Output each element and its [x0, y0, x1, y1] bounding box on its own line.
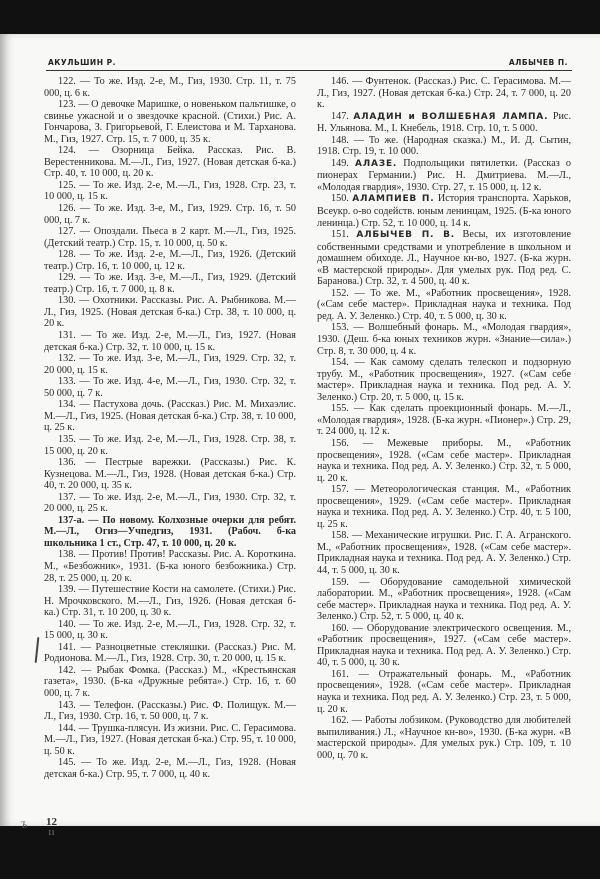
entry-number: 161. — [331, 669, 349, 680]
margin-note: Ъ — [21, 820, 27, 830]
entry-author-heading: АЛАДИН и ВОЛШЕБНАЯ ЛАМПА. — [353, 112, 548, 122]
bibliography-entry: 155. — Как сделать проекционный фонарь. … — [317, 403, 571, 438]
pencil-mark — [35, 637, 40, 663]
bibliography-entry: 136. — Пестрые варежки. (Рассказы.) Рис.… — [44, 457, 296, 492]
bibliography-entry: 152. — То же. М., «Работник просвещения»… — [317, 288, 571, 323]
entry-number: 158. — [331, 530, 349, 541]
bibliography-entry: 159. — Оборудование самодельной химическ… — [317, 577, 571, 623]
bibliography-entry: 144. — Трушка-плясун. Из жизни. Рис. С. … — [44, 723, 296, 758]
bibliography-entry: 140. — То же. Изд. 2-е, М.—Л., Гиз, 1928… — [44, 619, 296, 642]
header-left-author: АКУЛЬШИН Р. — [48, 58, 116, 67]
bibliography-entry: 125. — То же. Изд. 2-е, М.—Л., Гиз, 1928… — [44, 180, 296, 203]
bibliography-entry: 160. — Оборудование электрического освещ… — [317, 623, 571, 669]
entry-text: — Как сделать проекционный фонарь. М.—Л.… — [317, 403, 571, 437]
bibliography-entry: 131. — То же. Изд. 2-е, М.—Л., Гиз, 1927… — [44, 330, 296, 353]
entry-text: — То же. (Народная сказка.) М., И. Д. Сы… — [317, 135, 571, 158]
bibliography-entry: 153. — Волшебный фонарь. М., «Молодая гв… — [317, 322, 571, 357]
entry-number: 154. — [331, 357, 349, 368]
entry-number: 150. — [331, 193, 349, 204]
entry-text: 137-а. — По новому. Колхозные очерки для… — [44, 515, 296, 549]
entry-text: 129. — То же. Изд. 3-е, М.—Л., Гиз, 1929… — [44, 272, 296, 295]
entry-number: 159. — [331, 577, 349, 588]
bibliography-entry: 137. — То же. Изд. 2-е, М.—Л., Гиз, 1930… — [44, 492, 296, 515]
page-number: 12 — [46, 816, 57, 828]
bibliography-entry: 143. — Телефон. (Рассказы.) Рис. Ф. Поли… — [44, 700, 296, 723]
entry-text: 130. — Охотники. Рассказы. Рис. А. Рыбни… — [44, 295, 296, 329]
bibliography-entry: 142. — Рыбак Фомка. (Рассказ.) М., «Крес… — [44, 665, 296, 700]
entry-text: — Оборудование самодельной химической ла… — [317, 577, 571, 623]
entry-text: 140. — То же. Изд. 2-е, М.—Л., Гиз, 1928… — [44, 619, 296, 642]
bibliography-entry: 158. — Механические игрушки. Рис. Г. А. … — [317, 530, 571, 576]
bibliography-entry: 135. — То же. Изд. 2-е, М.—Л., Гиз, 1928… — [44, 434, 296, 457]
entry-text: 137. — То же. Изд. 2-е, М.—Л., Гиз, 1930… — [44, 492, 296, 515]
entry-number: 162. — [331, 715, 349, 726]
bibliography-entry: 128. — То же. Изд. 2-е, М.—Л., Гиз, 1926… — [44, 249, 296, 272]
entry-text: 135. — То же. Изд. 2-е, М.—Л., Гиз, 1928… — [44, 434, 296, 457]
entry-text: — Как самому сделать телескоп и подзорну… — [317, 357, 571, 403]
bibliography-entry: 154. — Как самому сделать телескоп и под… — [317, 357, 571, 403]
bibliography-entry: 146. — Фунтенок. (Рассказ.) Рис. С. Гера… — [317, 76, 571, 111]
bibliography-entry: 122. — То же. Изд. 2-е, М., Гиз, 1930. С… — [44, 76, 296, 99]
entry-text: 139. — Путешествие Кости на самолете. (С… — [44, 584, 296, 618]
entry-number: 151. — [331, 229, 349, 240]
entry-text: 132. — То же. Изд. 3-е, М.—Л., Гиз, 1929… — [44, 353, 296, 376]
entry-number: 146. — [331, 76, 349, 87]
entry-text: 123. — О девочке Маришке, о новеньком па… — [44, 99, 296, 145]
entry-text: — Фунтенок. (Рассказ.) Рис. С. Герасимов… — [317, 76, 571, 110]
bibliography-entry: 161. — Отражательный фонарь. М., «Работн… — [317, 669, 571, 715]
bibliography-entry: 129. — То же. Изд. 3-е, М.—Л., Гиз, 1929… — [44, 272, 296, 295]
entry-text: 138. — Против! Против! Рассказы. Рис. А.… — [44, 549, 296, 583]
bibliography-entry: 127. — Опоздали. Пьеса в 2 карт. М.—Л., … — [44, 226, 296, 249]
entry-author-heading: АЛБЫЧЕВ П. В. — [356, 230, 455, 240]
entry-number: 153. — [331, 322, 349, 333]
bibliography-entry: 156. — Межевые приборы. М., «Работник пр… — [317, 438, 571, 484]
bibliography-entry: 149. АЛАЗЕ. Подпольщики пятилетки. (Расс… — [317, 158, 571, 194]
entry-text: — Метеорологическая станция. М., «Работн… — [317, 484, 571, 530]
bibliography-entry: 151. АЛБЫЧЕВ П. В. Весы, их изготовление… — [317, 229, 571, 288]
entry-number: 157. — [331, 484, 349, 495]
bibliography-entry: 137-а. — По новому. Колхозные очерки для… — [44, 515, 296, 550]
entry-text: — Волшебный фонарь. М., «Молодая гвардия… — [317, 322, 571, 356]
entry-number: 148. — [331, 135, 349, 146]
bibliography-entry: 130. — Охотники. Рассказы. Рис. А. Рыбни… — [44, 295, 296, 330]
entry-text: — Работы лобзиком. (Руководство для люби… — [317, 715, 571, 761]
bibliography-entry: 138. — Против! Против! Рассказы. Рис. А.… — [44, 549, 296, 584]
right-column: 146. — Фунтенок. (Рассказ.) Рис. С. Гера… — [317, 76, 571, 761]
page-number-secondary: 11 — [48, 829, 55, 837]
entry-text: 126. — То же. Изд. 3-е, М., Гиз, 1929. С… — [44, 203, 296, 226]
entry-text: 141. — Разноцветные стекляшки. (Рассказ.… — [44, 642, 296, 665]
bibliography-entry: 150. АЛАМПИЕВ П. История транспорта. Хар… — [317, 193, 571, 229]
bibliography-entry: 126. — То же. Изд. 3-е, М., Гиз, 1929. С… — [44, 203, 296, 226]
bibliography-entry: 134. — Пастухова дочь. (Рассказ.) Рис. М… — [44, 399, 296, 434]
entry-text: 133. — То же. Изд. 4-е, М.—Л., Гиз, 1930… — [44, 376, 296, 399]
bibliography-entry: 148. — То же. (Народная сказка.) М., И. … — [317, 135, 571, 158]
entry-text: — Оборудование электрического освещения.… — [317, 623, 571, 669]
bibliography-entry: 124. — Озорница Бейка. Рассказ. Рис. В. … — [44, 145, 296, 180]
entry-text: 143. — Телефон. (Рассказы.) Рис. Ф. Поли… — [44, 700, 296, 723]
header-right-author: АЛБЫЧЕВ П. — [509, 58, 568, 67]
entry-text: 127. — Опоздали. Пьеса в 2 карт. М.—Л., … — [44, 226, 296, 249]
entry-text: — Механические игрушки. Рис. Г. А. Агран… — [317, 530, 571, 576]
entry-text: — Межевые приборы. М., «Работник просвещ… — [317, 438, 571, 484]
entry-number: 149. — [331, 158, 349, 169]
entry-number: 152. — [331, 288, 349, 299]
entry-text: 136. — Пестрые варежки. (Рассказы.) Рис.… — [44, 457, 296, 491]
entry-number: 156. — [331, 438, 349, 449]
entry-number: 155. — [331, 403, 349, 414]
entry-text: 145. — То же. Изд. 2-е, М.—Л., Гиз, 1928… — [44, 757, 296, 780]
entry-text: 134. — Пастухова дочь. (Рассказ.) Рис. М… — [44, 399, 296, 433]
entry-number: 147. — [331, 111, 349, 122]
entry-text: 128. — То же. Изд. 2-е, М.—Л., Гиз, 1926… — [44, 249, 296, 272]
bibliography-entry: 132. — То же. Изд. 3-е, М.—Л., Гиз, 1929… — [44, 353, 296, 376]
entry-text: 144. — Трушка-плясун. Из жизни. Рис. С. … — [44, 723, 296, 757]
entry-text: 142. — Рыбак Фомка. (Рассказ.) М., «Крес… — [44, 665, 296, 699]
bibliography-entry: 147. АЛАДИН и ВОЛШЕБНАЯ ЛАМПА. Рис. Н. У… — [317, 111, 571, 135]
book-page: АКУЛЬШИН Р. АЛБЫЧЕВ П. 122. — То же. Изд… — [0, 34, 600, 826]
entry-author-heading: АЛАМПИЕВ П. — [352, 194, 434, 204]
entry-number: 160. — [331, 623, 349, 634]
entry-author-heading: АЛАЗЕ. — [355, 159, 397, 169]
bibliography-entry: 133. — То же. Изд. 4-е, М.—Л., Гиз, 1930… — [44, 376, 296, 399]
bibliography-entry: 157. — Метеорологическая станция. М., «Р… — [317, 484, 571, 530]
bibliography-entry: 145. — То же. Изд. 2-е, М.—Л., Гиз, 1928… — [44, 757, 296, 780]
bibliography-entry: 162. — Работы лобзиком. (Руководство для… — [317, 715, 571, 761]
entry-text: — Отражательный фонарь. М., «Работник пр… — [317, 669, 571, 715]
bibliography-entry: 139. — Путешествие Кости на самолете. (С… — [44, 584, 296, 619]
bibliography-entry: 141. — Разноцветные стекляшки. (Рассказ.… — [44, 642, 296, 665]
entry-text: 122. — То же. Изд. 2-е, М., Гиз, 1930. С… — [44, 76, 296, 99]
entry-text: 124. — Озорница Бейка. Рассказ. Рис. В. … — [44, 145, 296, 179]
entry-text: — То же. М., «Работник просвещения», 192… — [317, 288, 571, 322]
left-column: 122. — То же. Изд. 2-е, М., Гиз, 1930. С… — [44, 76, 296, 780]
running-header: АКУЛЬШИН Р. АЛБЫЧЕВ П. — [46, 54, 572, 71]
entry-text: 131. — То же. Изд. 2-е, М.—Л., Гиз, 1927… — [44, 330, 296, 353]
bibliography-entry: 123. — О девочке Маришке, о новеньком па… — [44, 99, 296, 145]
entry-text: 125. — То же. Изд. 2-е, М.—Л., Гиз, 1928… — [44, 180, 296, 203]
